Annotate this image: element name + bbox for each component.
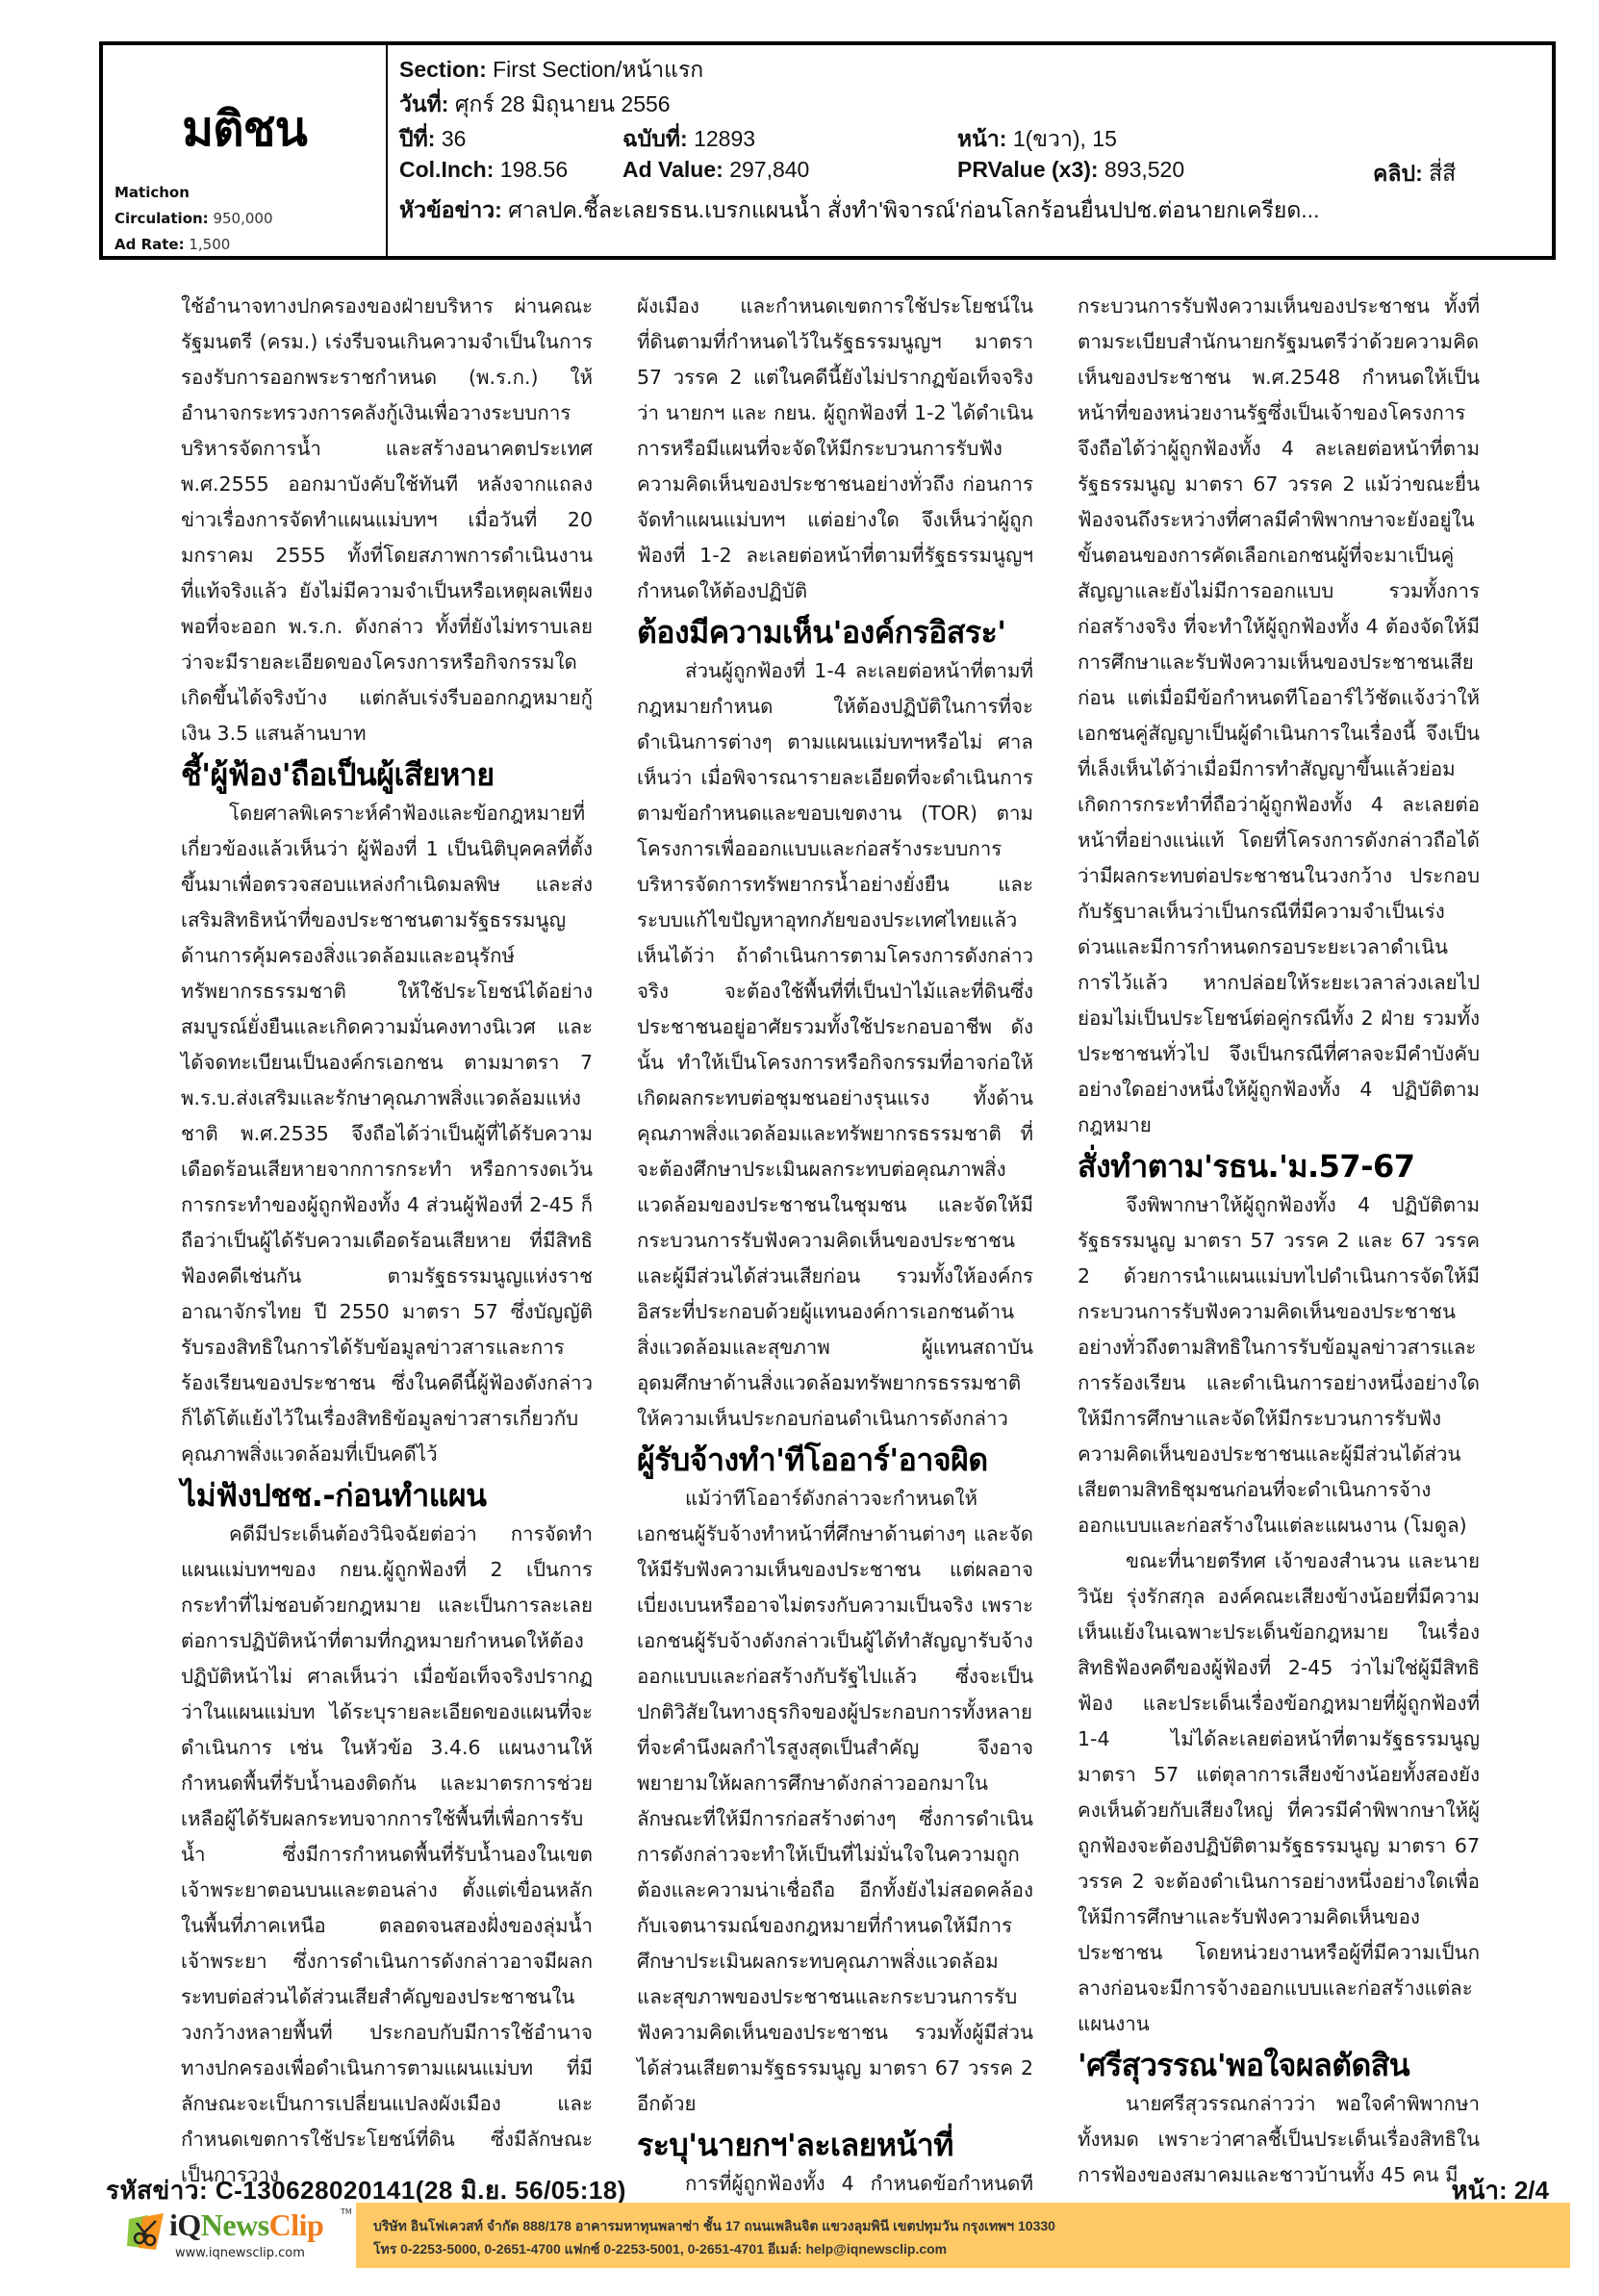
scissors-clip-icon <box>127 2213 165 2252</box>
paragraph: กระบวนการรับฟังความเห็นของประชาชน ทั้งที… <box>1078 289 1480 1143</box>
article-column-3: กระบวนการรับฟังความเห็นของประชาชน ทั้งที… <box>1078 289 1480 2193</box>
company-contact: โทร 0-2253-5000, 0-2651-4700 แฟกซ์ 0-225… <box>373 2239 947 2260</box>
page-indicator-label: หน้า: <box>1451 2176 1507 2205</box>
prvalue-value: 893,520 <box>1104 157 1184 182</box>
page-value: 1(ขวา), 15 <box>1013 126 1117 151</box>
paragraph: จึงพิพากษาให้ผู้ถูกฟ้องทั้ง 4 ปฏิบัติตาม… <box>1078 1187 1480 1543</box>
paragraph: ใช้อำนาจทางปกครองของฝ่ายบริหาร ผ่านคณะรั… <box>181 289 593 752</box>
article-column-1: ใช้อำนาจทางปกครองของฝ่ายบริหาร ผ่านคณะรั… <box>181 289 593 2193</box>
circulation-label: Circulation: <box>114 210 209 227</box>
circulation-value: 950,000 <box>213 210 272 227</box>
trademark-mark: TM <box>341 2207 352 2216</box>
colinch-value: 198.56 <box>500 157 568 182</box>
date-row: วันที่: ศุกร์ 28 มิถุนายน 2556 <box>399 88 671 122</box>
publication-meta: Matichon Circulation: 950,000 Ad Rate: 1… <box>114 180 273 258</box>
publication-panel: มติชน Matichon Circulation: 950,000 Ad R… <box>103 45 388 256</box>
issue-label: ฉบับที่: <box>622 126 688 151</box>
date-label: วันที่: <box>399 91 448 116</box>
year-value: 36 <box>442 126 467 151</box>
headline-label: หัวข้อข่าว: <box>399 197 502 222</box>
matichon-logo: มติชน <box>103 91 386 167</box>
section-row: Section: First Section/หน้าแรก <box>399 53 703 88</box>
company-contact-bar: บริษัท อินโฟเควสท์ จำกัด 888/178 อาคารมห… <box>356 2203 1570 2268</box>
subheading: ไม่ฟังปชช.-ก่อนทำแผน <box>181 1474 593 1517</box>
paragraph: แม้ว่าทีโออาร์ดังกล่าวจะกำหนดให้เอกชนผู้… <box>637 1481 1033 2122</box>
clip-value: สี่สี <box>1429 161 1456 186</box>
subheading: ชี้'ผู้ฟ้อง'ถือเป็นผู้เสียหาย <box>181 753 593 796</box>
iqnewsclip-wordmark: iQNewsClip <box>169 2207 323 2243</box>
article-column-2: ผังเมือง และกำหนดเขตการใช้ประโยชน์ในที่ด… <box>637 289 1033 2273</box>
subheading: ผู้รับจ้างทำ'ทีโออาร์'อาจผิด <box>637 1439 1033 1481</box>
colinch-label: Col.Inch: <box>399 157 494 182</box>
section-value: First Section/หน้าแรก <box>493 57 703 82</box>
clip-header-box: มติชน Matichon Circulation: 950,000 Ad R… <box>99 41 1556 260</box>
clip-label: คลิป: <box>1373 161 1423 186</box>
paragraph: โดยศาลพิเคราะห์คำฟ้องและข้อกฎหมายที่เกี่… <box>181 796 593 1472</box>
headline-value: ศาลปค.ชี้ละเลยรธน.เบรกแผนน้ำ สั่งทำ'พิจา… <box>508 197 1319 222</box>
section-label: Section: <box>399 57 487 82</box>
advalue-value: 297,840 <box>729 157 809 182</box>
paragraph: ขณะที่นายตรีทศ เจ้าของสำนวน และนายวินัย … <box>1078 1543 1480 2042</box>
ad-rate-value: 1,500 <box>189 236 230 253</box>
ad-rate-label: Ad Rate: <box>114 236 185 253</box>
paragraph: ผังเมือง และกำหนดเขตการใช้ประโยชน์ในที่ด… <box>637 289 1033 609</box>
paragraph: ส่วนผู้ถูกฟ้องที่ 1-4 ละเลยต่อหน้าที่ตาม… <box>637 653 1033 1437</box>
date-value: ศุกร์ 28 มิถุนายน 2556 <box>455 91 671 116</box>
subheading: ระบุ'นายกฯ'ละเลยหน้าที่ <box>637 2124 1033 2166</box>
prvalue-label: PRValue (x3): <box>957 157 1099 182</box>
year-label: ปีที่: <box>399 126 435 151</box>
headline-row: หัวข้อข่าว: ศาลปค.ชี้ละเลยรธน.เบรกแผนน้ำ… <box>399 193 1319 228</box>
page-label: หน้า: <box>957 126 1006 151</box>
iqnewsclip-url: www.iqnewsclip.com <box>175 2246 305 2260</box>
issue-value: 12893 <box>694 126 755 151</box>
paragraph: นายศรีสุวรรณกล่าวว่า พอใจคำพิพากษาทั้งหม… <box>1078 2086 1480 2193</box>
advalue-label: Ad Value: <box>622 157 723 182</box>
subheading: สั่งทำตาม'รธน.'ม.57-67 <box>1078 1145 1480 1187</box>
news-code-value: C-130628020141(28 มิ.ย. 56/05:18) <box>216 2176 626 2205</box>
iqnewsclip-logo: iQNewsClip TM www.iqnewsclip.com <box>127 2206 348 2269</box>
subheading: ต้องมีความเห็น'องค์กรอิสระ' <box>637 611 1033 653</box>
news-code-label: รหัสข่าว: <box>106 2176 208 2205</box>
subheading: 'ศรีสุวรรณ'พอใจผลตัดสิน <box>1078 2044 1480 2086</box>
company-address: บริษัท อินโฟเควสท์ จำกัด 888/178 อาคารมห… <box>373 2216 1055 2237</box>
page-indicator-value: 2/4 <box>1514 2176 1549 2205</box>
publication-name: Matichon <box>114 184 190 201</box>
paragraph: คดีมีประเด็นต้องวินิจฉัยต่อว่า การจัดทำแ… <box>181 1517 593 2193</box>
